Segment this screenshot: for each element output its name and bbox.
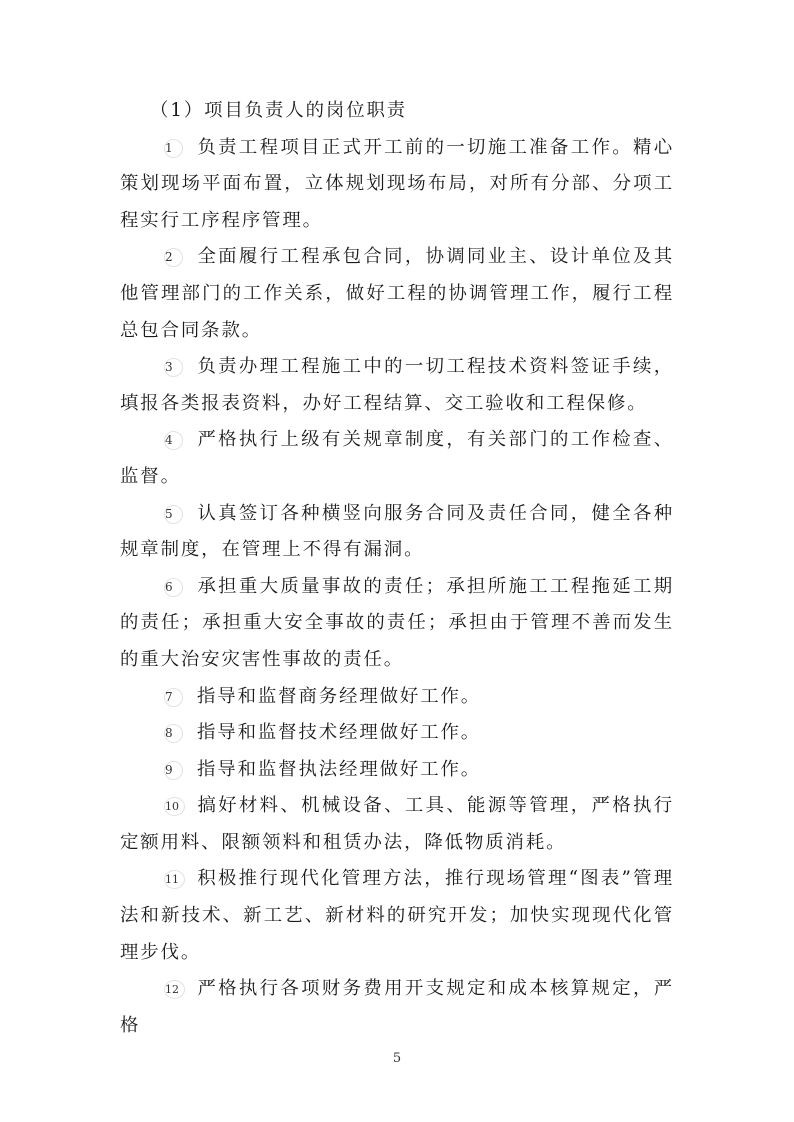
document-body: （1）项目负责人的岗位职责 1负责工程项目正式开工前的一切施工准备工作。精心策划… xyxy=(120,93,674,1044)
list-item-text: 指导和监督商务经理做好工作。 xyxy=(197,686,481,707)
list-item: 6承担重大质量事故的责任；承担所施工工程拖延工期的责任；承担重大安全事故的责任；… xyxy=(120,569,674,679)
list-item-text: 指导和监督执法经理做好工作。 xyxy=(197,759,481,780)
circled-number-icon: 12 xyxy=(164,980,185,999)
document-page: （1）项目负责人的岗位职责 1负责工程项目正式开工前的一切施工准备工作。精心策划… xyxy=(0,0,794,1122)
list-item-text: 负责工程项目正式开工前的一切施工准备工作。精心策划现场平面布置，立体规划现场布局… xyxy=(120,137,674,231)
list-item: 8指导和监督技术经理做好工作。 xyxy=(120,715,674,752)
list-item: 10搞好材料、机械设备、工具、能源等管理，严格执行定额用料、限额领料和租赁办法，… xyxy=(120,788,674,861)
circled-number-icon: 4 xyxy=(164,431,183,450)
list-item-text: 负责办理工程施工中的一切工程技术资料签证手续，填报各类报表资料，办好工程结算、交… xyxy=(120,356,674,414)
list-item: 12严格执行各项财务费用开支规定和成本核算规定，严格 xyxy=(120,971,674,1044)
circled-number-icon: 11 xyxy=(164,870,185,889)
page-number: 5 xyxy=(0,1051,794,1066)
list-item-text: 承担重大质量事故的责任；承担所施工工程拖延工期的责任；承担重大安全事故的责任；承… xyxy=(120,576,674,670)
circled-number-icon: 7 xyxy=(164,688,183,707)
circled-number-icon: 3 xyxy=(164,358,183,377)
list-item: 9指导和监督执法经理做好工作。 xyxy=(120,752,674,789)
list-item: 2全面履行工程承包合同，协调同业主、设计单位及其他管理部门的工作关系，做好工程的… xyxy=(120,239,674,349)
list-item: 1负责工程项目正式开工前的一切施工准备工作。精心策划现场平面布置，立体规划现场布… xyxy=(120,130,674,240)
circled-number-icon: 2 xyxy=(164,248,183,267)
list-item: 5认真签订各种横竖向服务合同及责任合同，健全各种规章制度，在管理上不得有漏洞。 xyxy=(120,496,674,569)
list-item-text: 严格执行上级有关规章制度，有关部门的工作检查、监督。 xyxy=(120,429,674,487)
list-item: 11积极推行现代化管理方法，推行现场管理“图表”管理法和新技术、新工艺、新材料的… xyxy=(120,861,674,971)
list-item-text: 积极推行现代化管理方法，推行现场管理“图表”管理法和新技术、新工艺、新材料的研究… xyxy=(120,868,674,962)
list-item-text: 全面履行工程承包合同，协调同业主、设计单位及其他管理部门的工作关系，做好工程的协… xyxy=(120,246,674,340)
circled-number-icon: 1 xyxy=(164,139,183,158)
list-item-text: 搞好材料、机械设备、工具、能源等管理，严格执行定额用料、限额领料和租赁办法，降低… xyxy=(120,795,674,853)
circled-number-icon: 10 xyxy=(164,797,185,816)
circled-number-icon: 5 xyxy=(164,505,183,524)
list-item-text: 认真签订各种横竖向服务合同及责任合同，健全各种规章制度，在管理上不得有漏洞。 xyxy=(120,503,674,561)
circled-number-icon: 8 xyxy=(164,724,183,743)
list-item-text: 指导和监督技术经理做好工作。 xyxy=(197,722,481,743)
list-item: 7指导和监督商务经理做好工作。 xyxy=(120,679,674,716)
section-heading: （1）项目负责人的岗位职责 xyxy=(120,93,674,130)
circled-number-icon: 6 xyxy=(164,578,183,597)
list-item-text: 严格执行各项财务费用开支规定和成本核算规定，严格 xyxy=(120,978,674,1036)
list-item: 4严格执行上级有关规章制度，有关部门的工作检查、监督。 xyxy=(120,422,674,495)
list-item: 3负责办理工程施工中的一切工程技术资料签证手续，填报各类报表资料，办好工程结算、… xyxy=(120,349,674,422)
circled-number-icon: 9 xyxy=(164,761,183,780)
